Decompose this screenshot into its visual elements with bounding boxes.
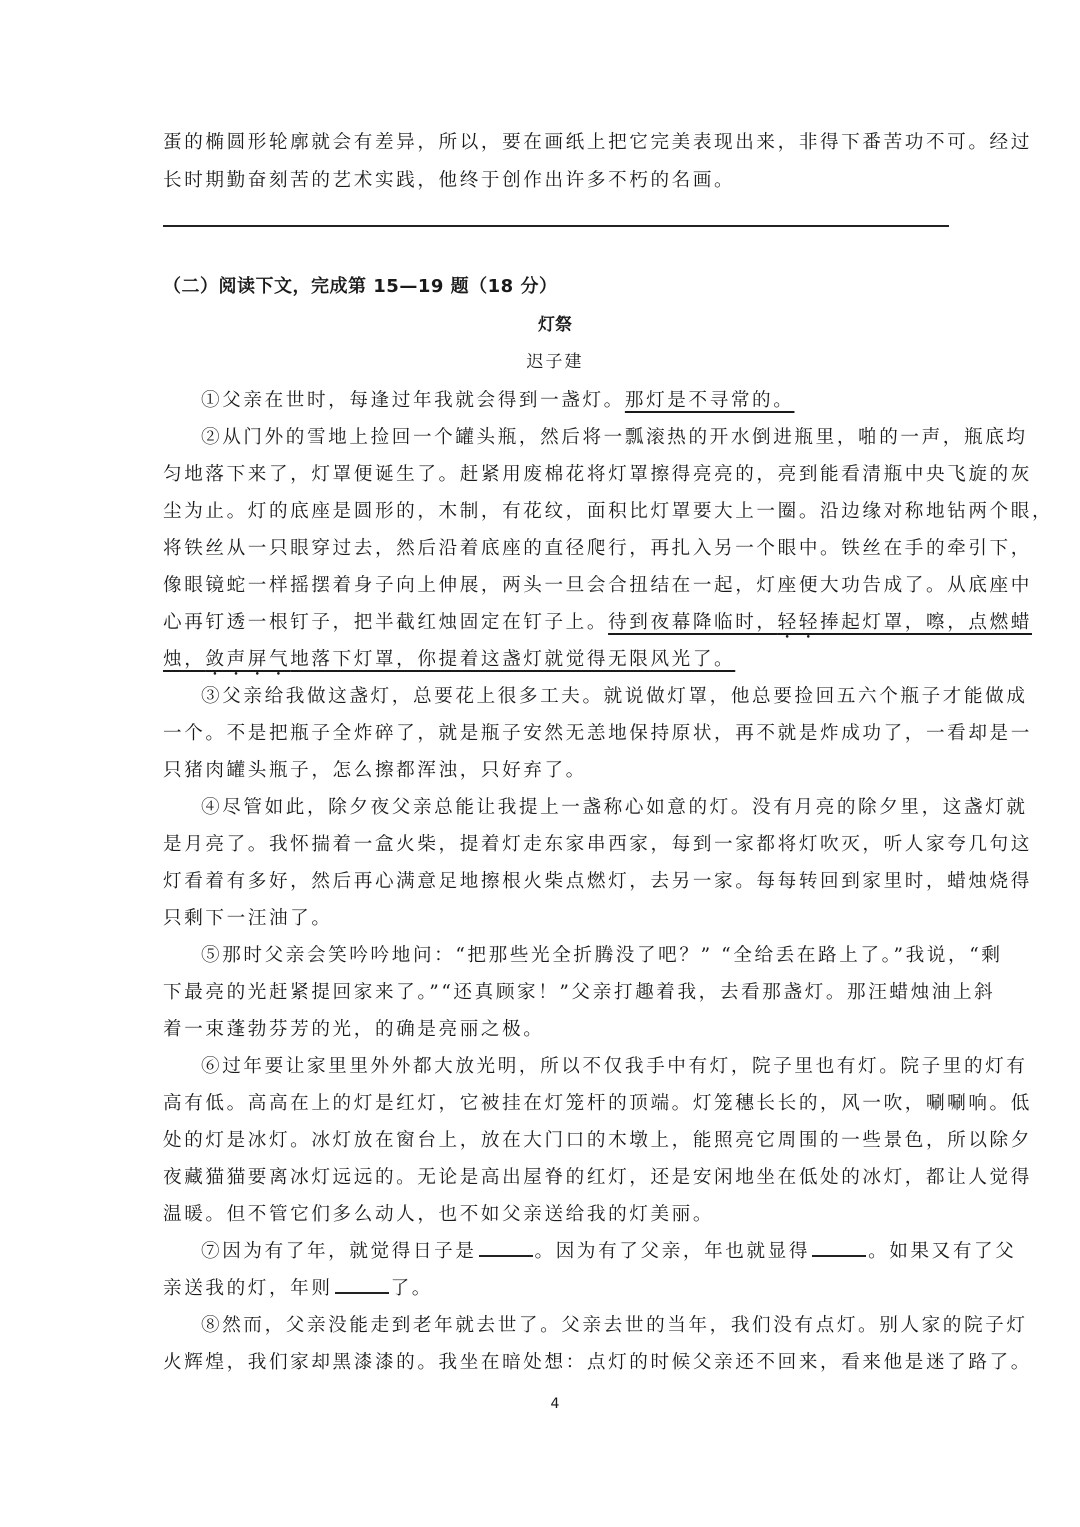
paragraph-6-line: 温暖。但不管它们多么动人，也不如父亲送给我的灯美丽。	[163, 1196, 949, 1233]
paragraph-8-line: 火辉煌，我们家却黑漆漆的。我坐在暗处想：点灯的时候父亲还不回来，看来他是迷了路了…	[163, 1344, 949, 1381]
paragraph-8-line: ⑧然而，父亲没能走到老年就去世了。父亲去世的当年，我们没有点灯。别人家的院子灯	[163, 1307, 987, 1344]
emphasis-dots: 轻轻	[778, 612, 820, 633]
underlined-sentence: 烛，敛声屏气地落下灯罩，你提着这盏灯就觉得无限风光了。	[163, 649, 735, 670]
paragraph-2-line: ②从门外的雪地上捡回一个罐头瓶，然后将一瓢滚热的开水倒进瓶里，啪的一声，瓶底均	[163, 419, 987, 456]
paragraph-2-line: 匀地落下来了，灯罩便诞生了。赶紧用废棉花将灯罩擦得亮亮的，亮到能看清瓶中央飞旋的…	[163, 456, 949, 493]
fill-in-blank-3[interactable]	[335, 1270, 389, 1294]
paragraph-6-line: ⑥过年要让家里里外外都大放光明，所以不仅我手中有灯，院子里也有灯。院子里的灯有	[163, 1048, 987, 1085]
fill-in-blank-1[interactable]	[479, 1233, 533, 1257]
answer-line-divider	[163, 225, 949, 227]
paragraph-2-line: 心再钉透一根钉子，把半截红烛固定在钉子上。待到夜幕降临时，轻轻捧起灯罩，嚓，点燃…	[163, 604, 949, 643]
paragraph-5-line: 下最亮的光赶紧提回家来了。”“还真顾家！”父亲打趣着我，去看那盏灯。那汪蜡烛油上…	[163, 974, 949, 1011]
paragraph-5-line: 着一束蓬勃芬芳的光，的确是亮丽之极。	[163, 1011, 949, 1048]
paragraph-6-line: 处的灯是冰灯。冰灯放在窗台上，放在大门口的木墩上，能照亮它周围的一些景色，所以除…	[163, 1122, 949, 1159]
text-line: 蛋的椭圆形轮廓就会有差异，所以，要在画纸上把它完美表现出来，非得下番苦功不可。经…	[163, 124, 949, 161]
emphasis-dots: 敛声屏气	[205, 649, 290, 670]
underlined-sentence: 那灯是不寻常的。	[625, 390, 795, 411]
paragraph-2-line: 尘为止。灯的底座是圆形的，木制，有花纹，面积比灯罩要大上一圈。沿边缘对称地钻两个…	[163, 493, 949, 530]
paragraph-1: ①父亲在世时，每逢过年我就会得到一盏灯。那灯是不寻常的。	[163, 382, 987, 419]
paragraph-4-line: 只剩下一汪油了。	[163, 900, 949, 937]
paragraph-3-line: 一个。不是把瓶子全炸碎了，就是瓶子安然无恙地保持原状，再不就是炸成功了，一看却是…	[163, 715, 949, 752]
fill-in-blank-2[interactable]	[812, 1233, 866, 1257]
paragraph-4-line: 灯看着有多好，然后再心满意足地擦根火柴点燃灯，去另一家。每每转回到家里时，蜡烛烧…	[163, 863, 949, 900]
passage-title: 灯祭	[0, 310, 1080, 335]
paragraph-5-line: ⑤那时父亲会笑吟吟地问：“把那些光全折腾没了吧？” “全给丢在路上了。”我说，“…	[163, 937, 987, 974]
page-number: 4	[0, 1396, 1080, 1412]
paragraph-3-line: ③父亲给我做这盏灯，总要花上很多工夫。就说做灯罩，他总要捡回五六个瓶子才能做成	[163, 678, 987, 715]
paragraph-6-line: 夜藏猫猫要离冰灯远远的。无论是高出屋脊的红灯，还是安闲地坐在低处的冰灯，都让人觉…	[163, 1159, 949, 1196]
paragraph-7-line: 亲送我的灯，年则了。	[163, 1270, 949, 1307]
paragraph-2-line: 将铁丝从一只眼穿过去，然后沿着底座的直径爬行，再扎入另一个眼中。铁丝在手的牵引下…	[163, 530, 949, 567]
paragraph-4-line: ④尽管如此，除夕夜父亲总能让我提上一盏称心如意的灯。没有月亮的除夕里，这盏灯就	[163, 789, 987, 826]
section-heading: （二）阅读下文，完成第 15—19 题（18 分）	[163, 272, 557, 298]
paragraph-2-line: 烛，敛声屏气地落下灯罩，你提着这盏灯就觉得无限风光了。	[163, 641, 949, 680]
underlined-sentence: 待到夜幕降临时，轻轻捧起灯罩，嚓，点燃蜡	[608, 612, 1032, 633]
paragraph-3-line: 只猪肉罐头瓶子，怎么擦都浑浊，只好弃了。	[163, 752, 949, 789]
paragraph-2-line: 像眼镜蛇一样摇摆着身子向上伸展，两头一旦会合扭结在一起，灯座便大功告成了。从底座…	[163, 567, 949, 604]
paragraph-6-line: 高有低。高高在上的灯是红灯，它被挂在灯笼杆的顶端。灯笼穗长长的，风一吹，唰唰响。…	[163, 1085, 949, 1122]
passage-author: 迟子建	[0, 347, 1080, 372]
paragraph-4-line: 是月亮了。我怀揣着一盒火柴，提着灯走东家串西家，每到一家都将灯吹灭，听人家夸几句…	[163, 826, 949, 863]
paragraph-7-line: ⑦因为有了年，就觉得日子是。因为有了父亲，年也就显得。如果又有了父	[163, 1233, 987, 1270]
text-line: 长时期勤奋刻苦的艺术实践，他终于创作出许多不朽的名画。	[163, 162, 949, 199]
